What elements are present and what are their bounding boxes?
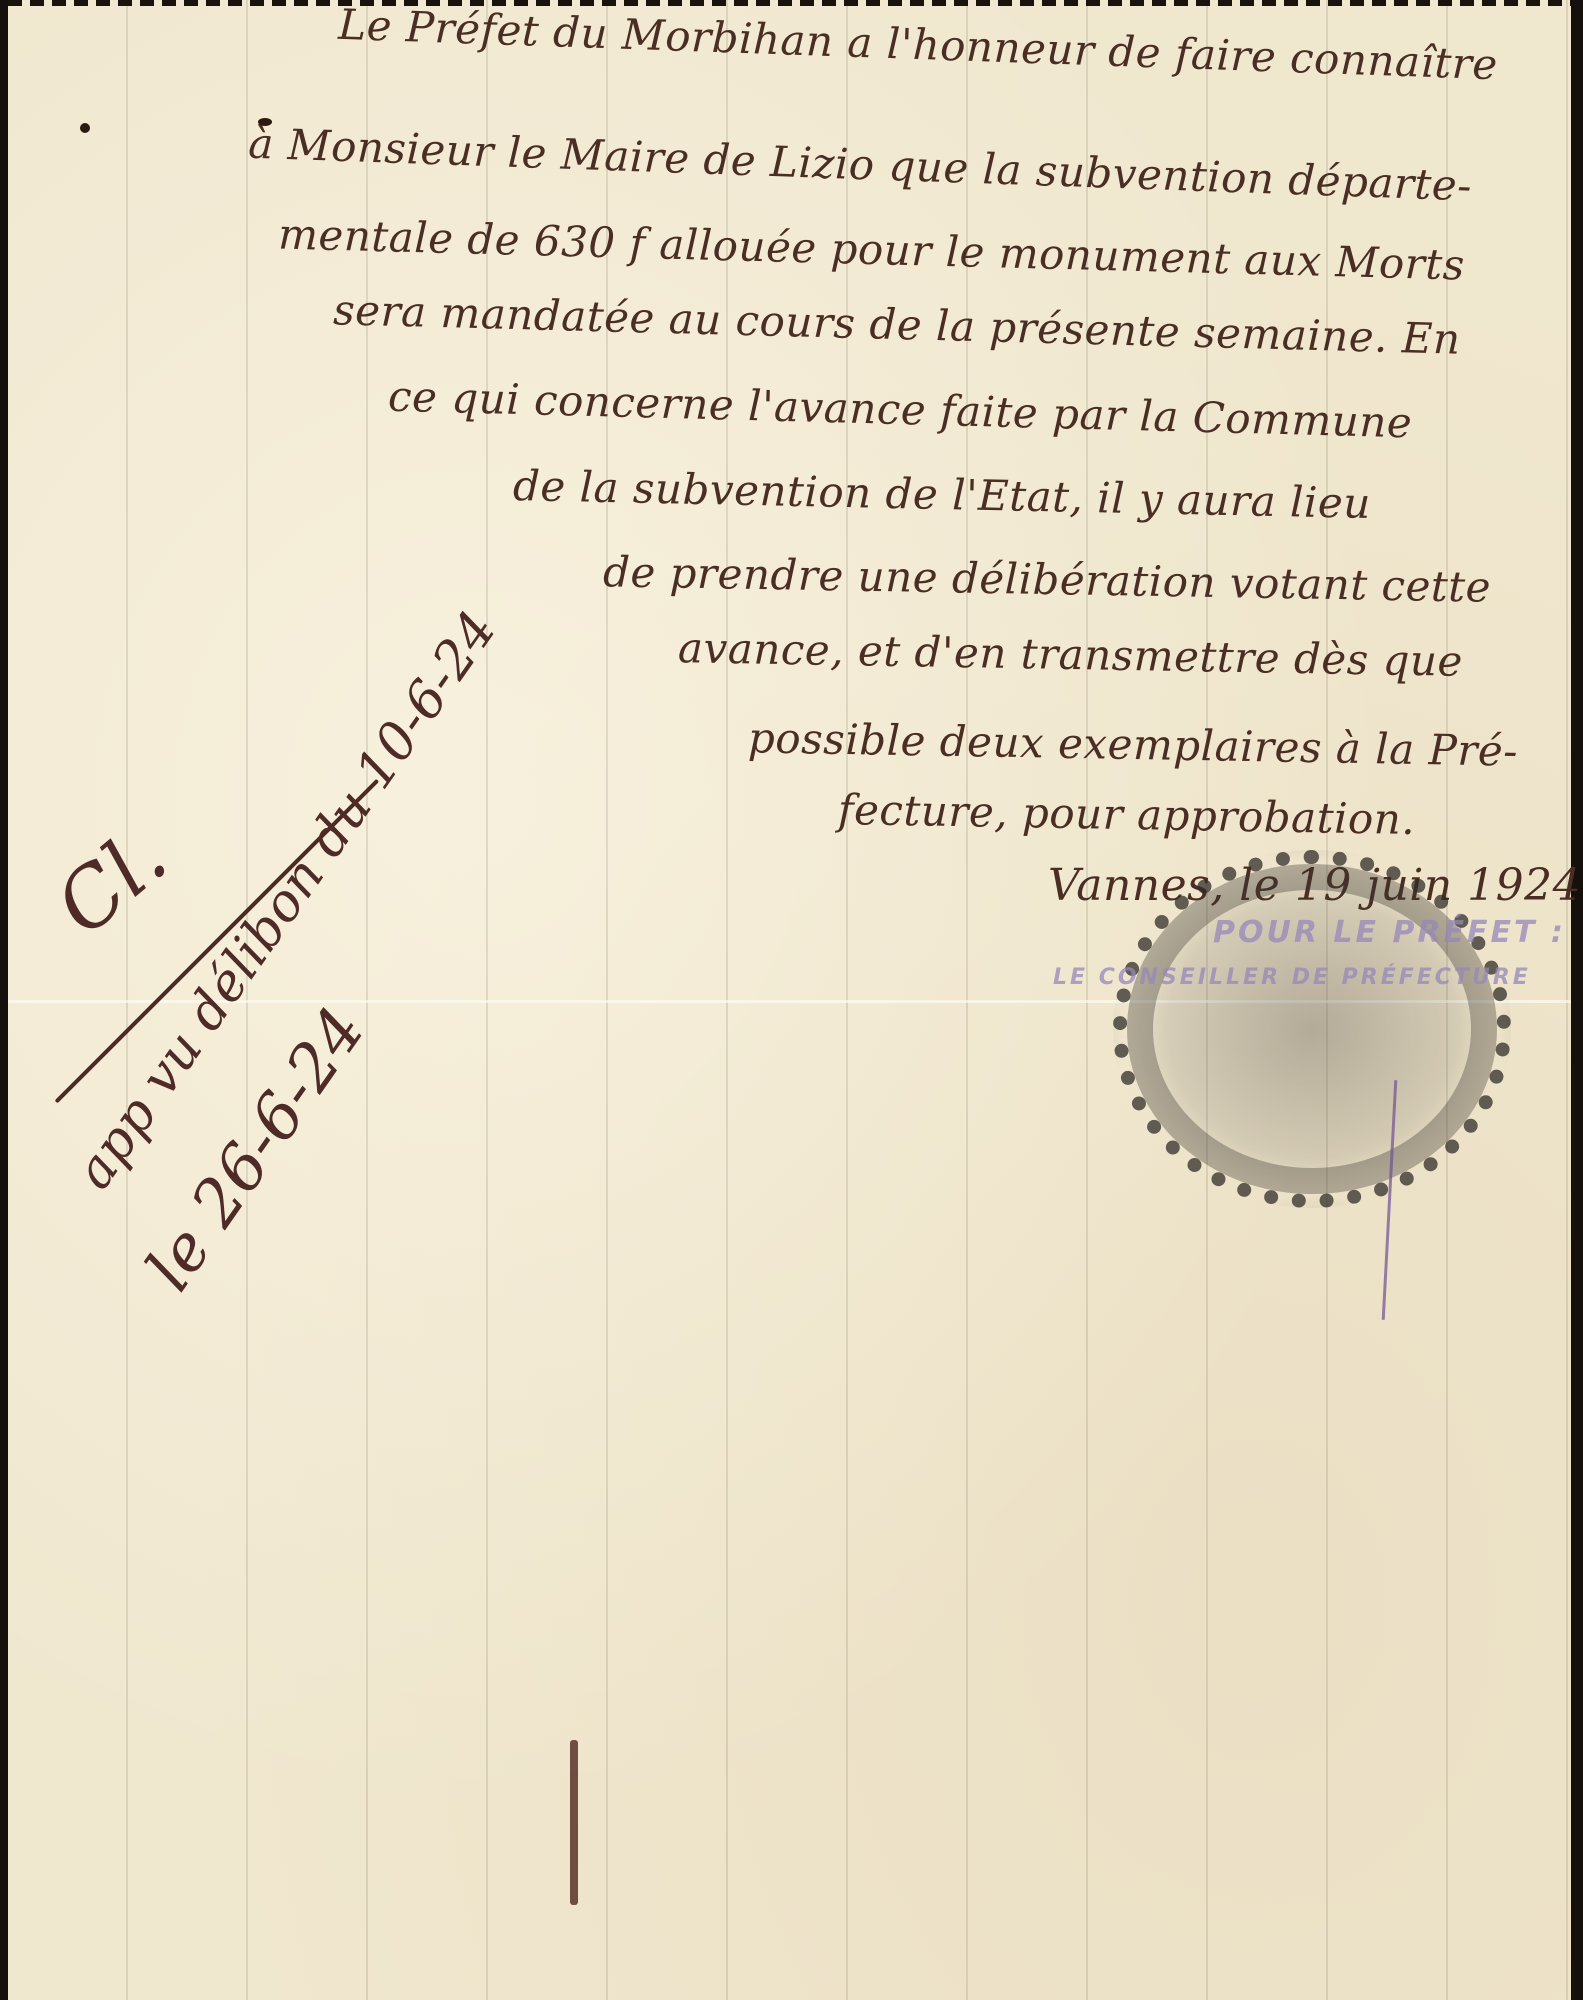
- body-line-7: de prendre une délibération votant cette: [603, 547, 1492, 611]
- body-line-1: Le Préfet du Morbihan a l'honneur de fai…: [337, 0, 1498, 89]
- body-line-2: à Monsieur le Maire de Lizio que la subv…: [248, 119, 1473, 211]
- margin-mark-cl: Cl.: [38, 810, 184, 953]
- body-line-8: avance, et d'en transmettre dès que: [678, 623, 1464, 686]
- body-line-10: fecture, pour approbation.: [838, 785, 1416, 844]
- scan-edge: [8, 0, 1571, 6]
- stamp-overprint-line-2: LE CONSEILLER DE PRÉFECTURE: [1053, 965, 1531, 990]
- ink-speck: [80, 123, 90, 133]
- body-line-3: mentale de 630 f allouée pour le monumen…: [278, 209, 1466, 289]
- stamp-overprint-line-1: POUR LE PRÉFET :: [1213, 915, 1566, 950]
- body-line-4: sera mandatée au cours de la présente se…: [333, 285, 1462, 364]
- ink-mark: [570, 1740, 578, 1905]
- document-page: Le Préfet du Morbihan a l'honneur de fai…: [8, 0, 1571, 2000]
- prefecture-seal-stamp: [1113, 850, 1511, 1208]
- body-line-5: ce qui concerne l'avance faite par la Co…: [388, 372, 1413, 448]
- body-line-6: de la subvention de l'Etat, il y aura li…: [513, 461, 1372, 528]
- body-line-9: possible deux exemplaires à la Pré-: [748, 713, 1519, 775]
- ink-speck: [258, 118, 272, 126]
